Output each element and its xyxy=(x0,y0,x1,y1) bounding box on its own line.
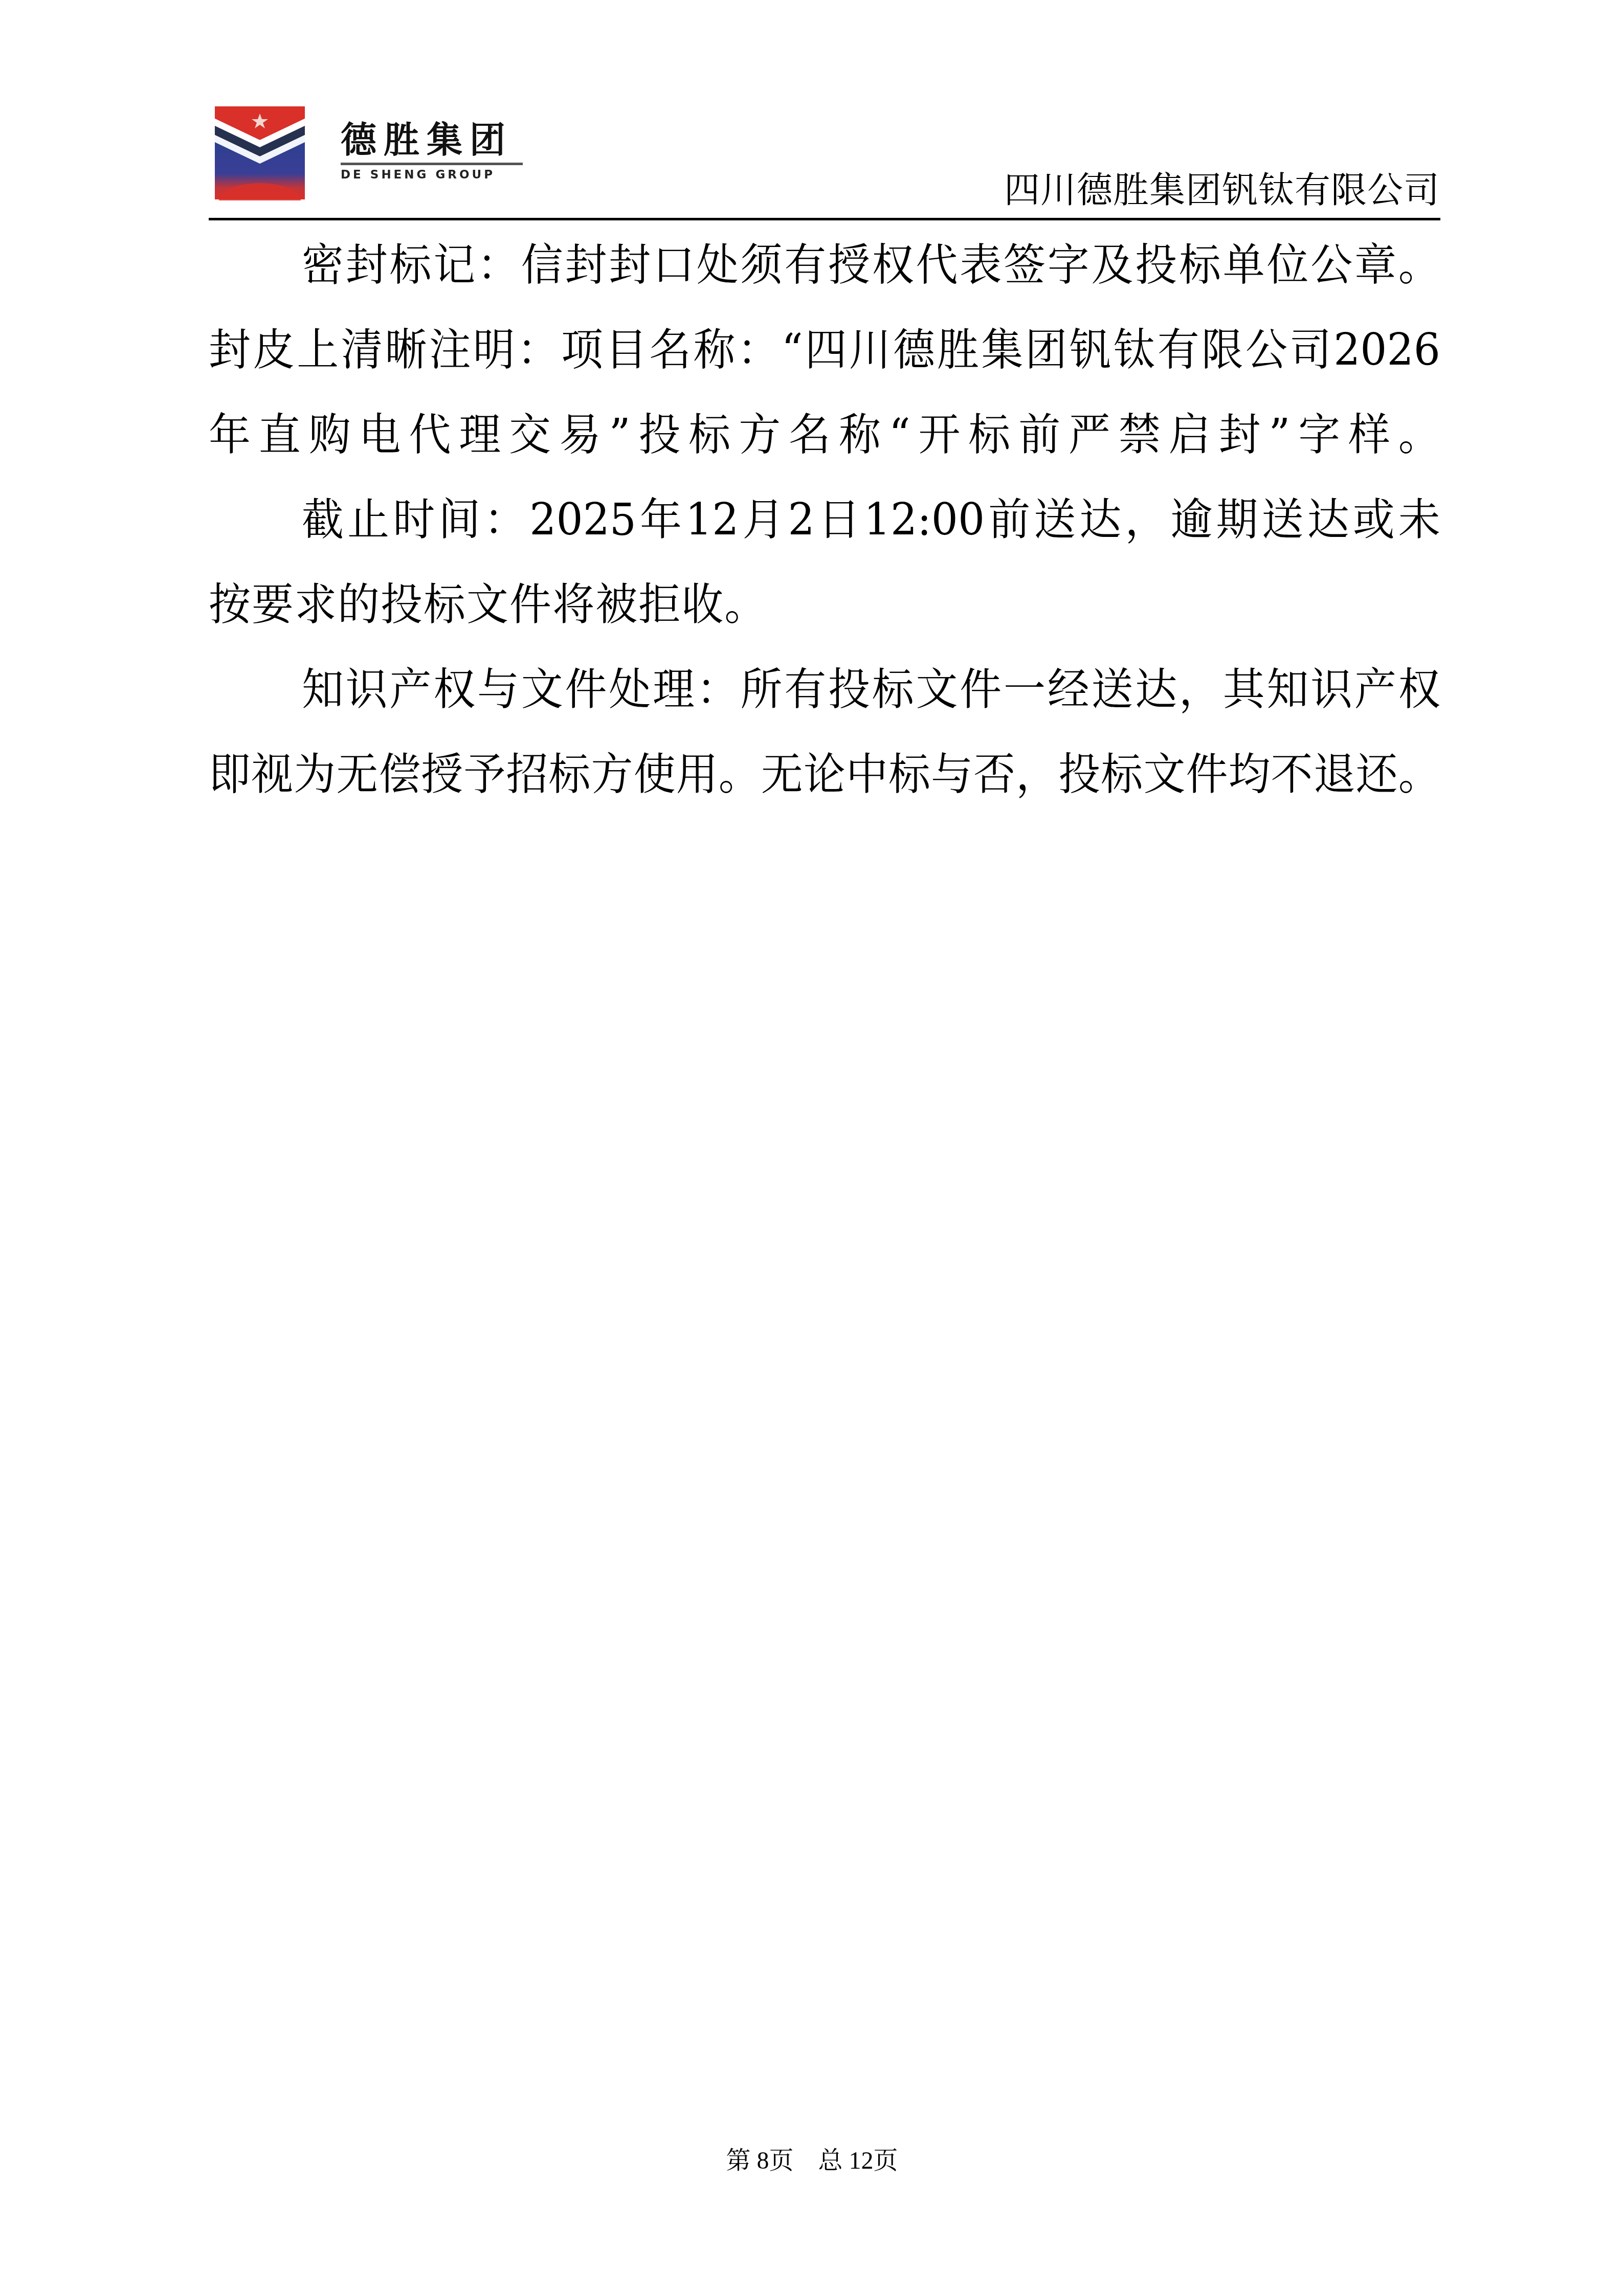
logo-chinese-name: 德胜集团 xyxy=(341,121,513,160)
page-number: 第 8页 总 12页 xyxy=(0,2146,1624,2176)
company-logo: 德胜集团 DE SHENG GROUP xyxy=(214,103,531,201)
text-line: 年直购电代理交易”投标方名称“开标前严禁启封”字样。 xyxy=(209,406,1440,495)
text-line: 截止时间：2025年12月2日12:00前送达，逾期送达或未 xyxy=(209,491,1440,580)
text-line: 知识产权与文件处理：所有投标文件一经送达，其知识产权 xyxy=(209,661,1440,750)
paragraph-sealing-mark: 密封标记：信封封口处须有授权代表签字及投标单位公章。 封皮上清晰注明：项目名称：… xyxy=(209,236,1440,491)
de-sheng-logo-icon xyxy=(214,103,306,200)
text-line: 密封标记：信封封口处须有授权代表签字及投标单位公章。 xyxy=(209,236,1440,325)
company-name: 四川德胜集团钒钛有限公司 xyxy=(1004,169,1440,212)
paragraph-ip-and-documents: 知识产权与文件处理：所有投标文件一经送达，其知识产权 即视为无偿授予招标方使用。… xyxy=(209,661,1440,830)
text-line: 即视为无偿授予招标方使用。无论中标与否，投标文件均不退还。 xyxy=(209,746,1440,835)
paragraph-deadline: 截止时间：2025年12月2日12:00前送达，逾期送达或未 按要求的投标文件将… xyxy=(209,491,1440,661)
logo-divider xyxy=(341,163,523,165)
text-line: 封皮上清晰注明：项目名称：“四川德胜集团钒钛有限公司2026 xyxy=(209,321,1440,410)
document-body: 密封标记：信封封口处须有授权代表签字及投标单位公章。 封皮上清晰注明：项目名称：… xyxy=(209,236,1440,830)
logo-english-name: DE SHENG GROUP xyxy=(341,168,523,182)
page-header: 德胜集团 DE SHENG GROUP 四川德胜集团钒钛有限公司 xyxy=(0,0,1624,225)
header-divider xyxy=(209,218,1440,220)
text-line: 按要求的投标文件将被拒收。 xyxy=(209,576,1440,665)
